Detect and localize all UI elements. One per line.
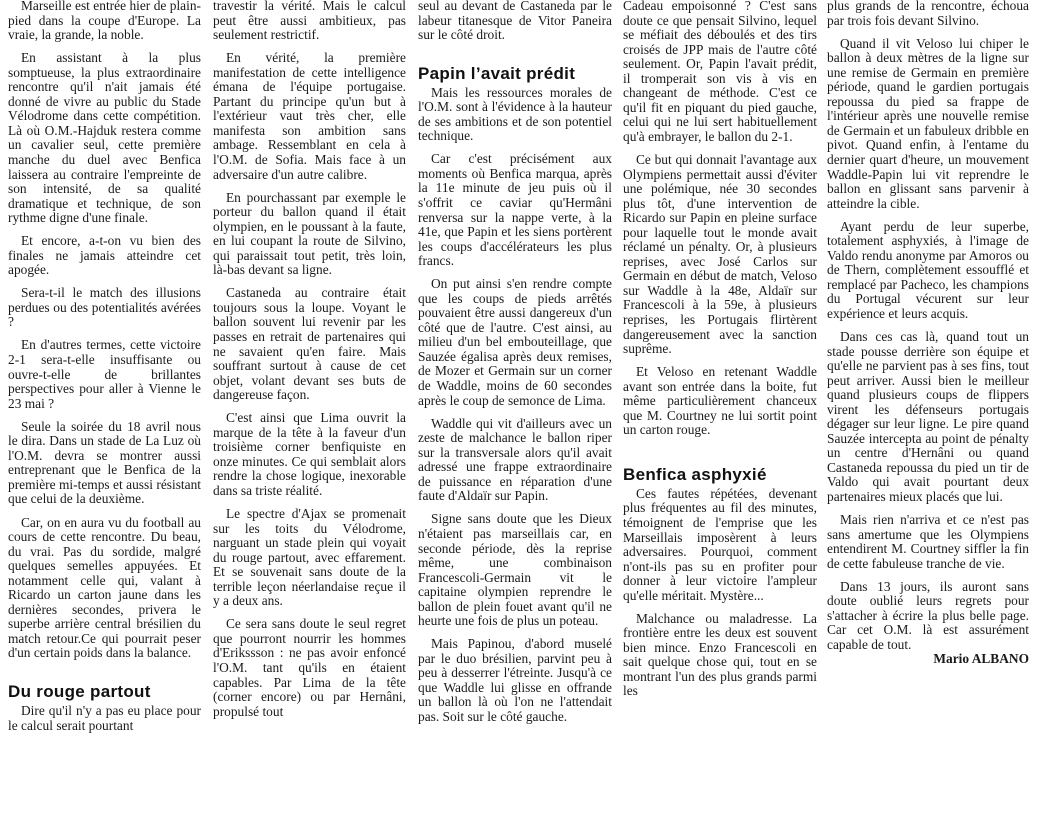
paragraph: En assistant à la plus somptueuse, la pl… <box>8 51 201 226</box>
paragraph: Dire qu'il n'y a pas eu place pour le ca… <box>8 704 201 733</box>
paragraph: Sera-t-il le match des illusions perdues… <box>8 286 201 330</box>
paragraph-continued: Cadeau empoisonné ? C'est sans doute ce … <box>623 0 817 144</box>
paragraph: Car c'est précisément aux moments où Ben… <box>418 152 612 268</box>
paragraph: Mais Papinou, d'abord muselé par le duo … <box>418 637 612 724</box>
paragraph: Waddle qui vit d'ailleurs avec un zeste … <box>418 417 612 504</box>
paragraph-continued: travestir la vérité. Mais le calcul peut… <box>213 0 406 43</box>
paragraph: Seule la soirée du 18 avril nous le dira… <box>8 420 201 507</box>
paragraph: Ayant perdu de leur superbe, totalement … <box>827 220 1029 322</box>
paragraph: On put ainsi s'en rendre compte que les … <box>418 277 612 408</box>
paragraph: En vérité, la première manifestation de … <box>213 51 406 182</box>
article-column-3: seul au devant de Castaneda par le labeu… <box>418 0 612 733</box>
paragraph: En pourchassant par exemple le porteur d… <box>213 191 406 278</box>
paragraph: Quand il vit Veloso lui chiper le ballon… <box>827 37 1029 212</box>
subheading-du-rouge-partout: Du rouge partout <box>8 683 201 701</box>
paragraph: Marseille est entrée hier de plain- pied… <box>8 0 201 43</box>
newspaper-page: Marseille est entrée hier de plain- pied… <box>0 0 1037 819</box>
paragraph: Signe sans doute que les Dieux n'étaient… <box>418 512 612 628</box>
paragraph: Le spectre d'Ajax se promenait sur les t… <box>213 507 406 609</box>
paragraph: Ces fautes répétées, devenant plus fréqu… <box>623 487 817 603</box>
paragraph: Ce sera sans doute le seul regret que po… <box>213 617 406 719</box>
subheading-benfica-asphyxie: Benfica asphyxié <box>623 466 817 484</box>
paragraph: Car, on en aura vu du football au cours … <box>8 516 201 661</box>
paragraph: C'est ainsi que Lima ouvrit la marque de… <box>213 411 406 498</box>
paragraph: Et Veloso en retenant Waddle avant son e… <box>623 365 817 438</box>
article-column-1: Marseille est entrée hier de plain- pied… <box>8 0 201 742</box>
paragraph: Dans 13 jours, ils auront sans doute oub… <box>827 580 1029 653</box>
paragraph: Malchance ou maladresse. La frontière en… <box>623 612 817 699</box>
paragraph: En d'autres termes, cette victoire 2-1 s… <box>8 338 201 411</box>
paragraph-continued: plus grands de la rencontre, échoua par … <box>827 0 1029 28</box>
paragraph: Mais rien n'arriva et ce n'est pas sans … <box>827 513 1029 571</box>
paragraph: Ce but qui donnait l'avantage aux Olympi… <box>623 153 817 357</box>
article-column-4: Cadeau empoisonné ? C'est sans doute ce … <box>623 0 817 708</box>
subheading-papin-lavait-predit: Papin l’avait prédit <box>418 65 612 83</box>
paragraph-continued: seul au devant de Castaneda par le labeu… <box>418 0 612 43</box>
author-byline: Mario ALBANO <box>827 652 1029 667</box>
paragraph: Mais les ressources morales de l'O.M. so… <box>418 86 612 144</box>
paragraph: Castaneda au contraire était toujours so… <box>213 286 406 402</box>
paragraph: Dans ces cas là, quand tout un stade pou… <box>827 330 1029 505</box>
paragraph: Et encore, a-t-on vu bien des finales ne… <box>8 234 201 278</box>
article-column-5: plus grands de la rencontre, échoua par … <box>827 0 1029 667</box>
article-column-2: travestir la vérité. Mais le calcul peut… <box>213 0 406 728</box>
